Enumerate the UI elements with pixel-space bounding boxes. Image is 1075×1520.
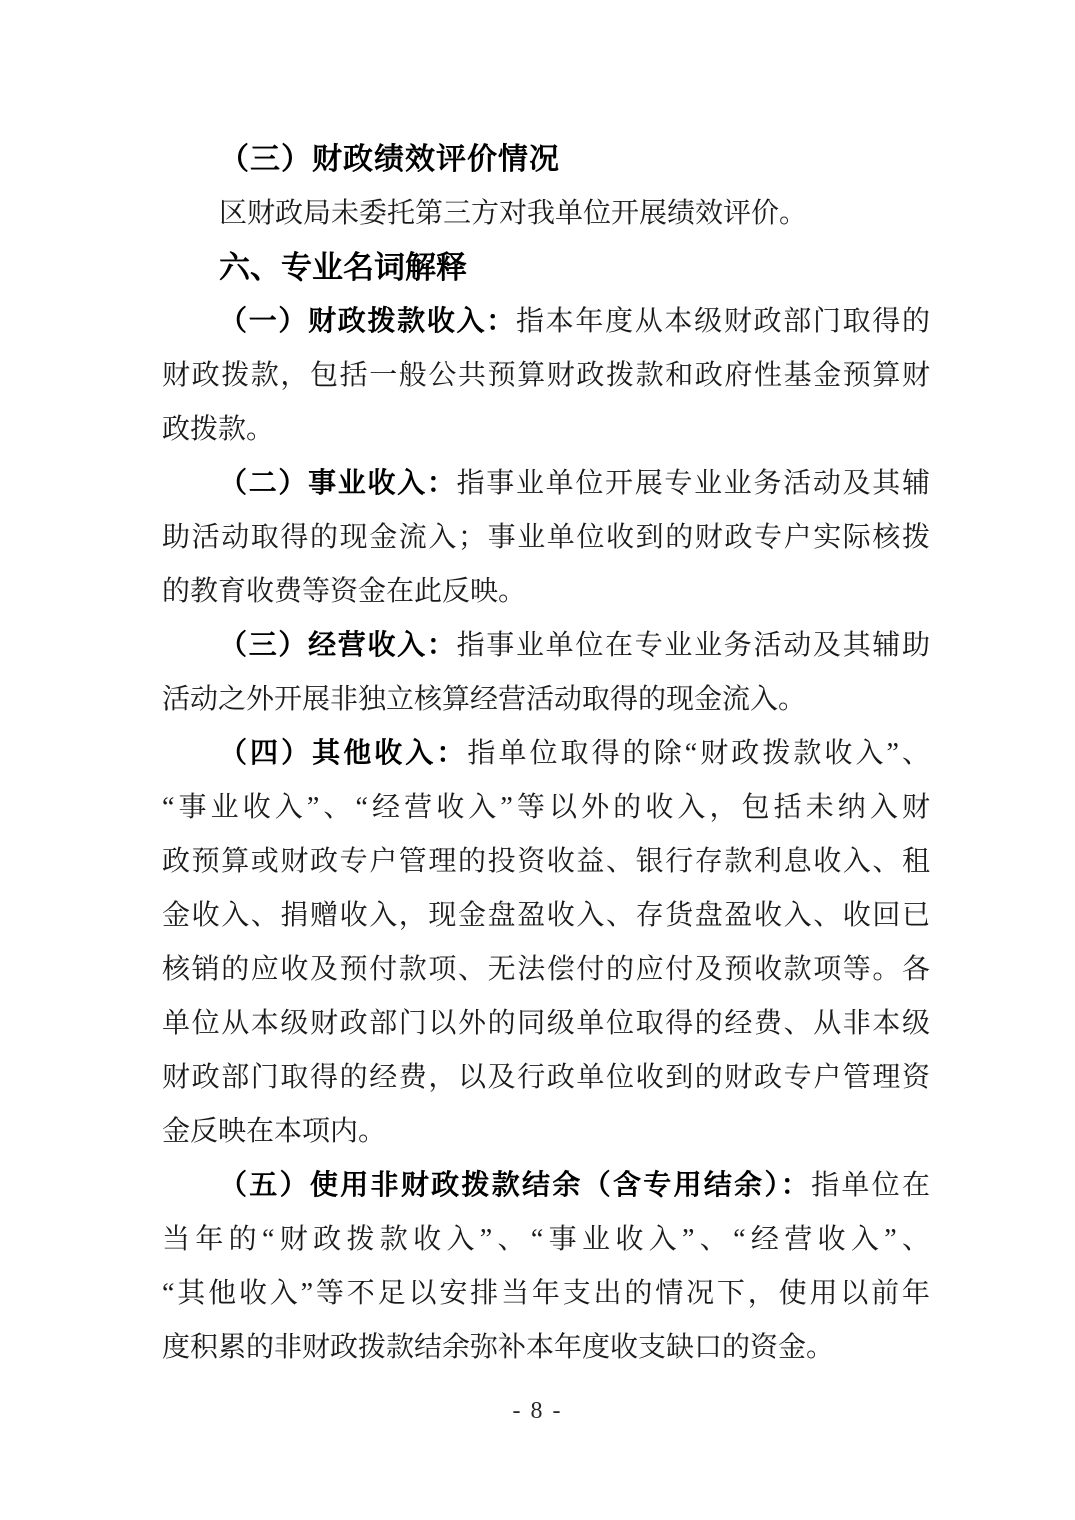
term-line: “其他收入”等不足以安排当年支出的情况下，使用以前年 bbox=[162, 1267, 930, 1321]
term-line: 活动之外开展非独立核算经营活动取得的现金流入。 bbox=[162, 673, 930, 727]
term-line: 当年的“财政拨款收入”、“事业收入”、“经营收入”、 bbox=[162, 1213, 930, 1267]
subsection-heading-performance-evaluation: （三）财政绩效评价情况 bbox=[162, 133, 930, 187]
term-line: 财政拨款，包括一般公共预算财政拨款和政府性基金预算财 bbox=[162, 349, 930, 403]
term-definition: 指单位取得的除“财政拨款收入”、 bbox=[467, 738, 930, 769]
term-line: 金收入、捐赠收入，现金盘盈收入、存货盘盈收入、收回已 bbox=[162, 889, 930, 943]
term-title: （四）其他收入： bbox=[219, 738, 467, 769]
term-line-operating-income: （二）事业收入：指事业单位开展专业业务活动及其辅 bbox=[162, 457, 930, 511]
section-heading-terminology: 六、专业名词解释 bbox=[162, 241, 930, 295]
term-line: 单位从本级财政部门以外的同级单位取得的经费、从非本级 bbox=[162, 997, 930, 1051]
term-definition: 指单位在 bbox=[811, 1170, 930, 1201]
term-line: 的教育收费等资金在此反映。 bbox=[162, 565, 930, 619]
document-text-column: （三）财政绩效评价情况 区财政局未委托第三方对我单位开展绩效评价。 六、专业名词… bbox=[162, 133, 930, 1375]
term-line: 政拨款。 bbox=[162, 403, 930, 457]
term-line: 助活动取得的现金流入；事业单位收到的财政专户实际核拨 bbox=[162, 511, 930, 565]
term-title: （五）使用非财政拨款结余（含专用结余）： bbox=[219, 1170, 811, 1201]
term-line-other-income: （四）其他收入：指单位取得的除“财政拨款收入”、 bbox=[162, 727, 930, 781]
paragraph-performance-evaluation: 区财政局未委托第三方对我单位开展绩效评价。 bbox=[162, 187, 930, 241]
document-page: （三）财政绩效评价情况 区财政局未委托第三方对我单位开展绩效评价。 六、专业名词… bbox=[0, 0, 1075, 1520]
term-line: 金反映在本项内。 bbox=[162, 1105, 930, 1159]
term-line-business-income: （三）经营收入：指事业单位在专业业务活动及其辅助 bbox=[162, 619, 930, 673]
term-line: “事业收入”、“经营收入”等以外的收入，包括未纳入财 bbox=[162, 781, 930, 835]
term-line: 政预算或财政专户管理的投资收益、银行存款利息收入、租 bbox=[162, 835, 930, 889]
term-title: （一）财政拨款收入： bbox=[219, 306, 516, 337]
page-number: - 8 - bbox=[0, 1393, 1075, 1429]
term-line-non-fiscal-surplus: （五）使用非财政拨款结余（含专用结余）：指单位在 bbox=[162, 1159, 930, 1213]
term-definition: 指事业单位在专业业务活动及其辅助 bbox=[457, 630, 930, 661]
term-line: 度积累的非财政拨款结余弥补本年度收支缺口的资金。 bbox=[162, 1321, 930, 1375]
term-title: （二）事业收入： bbox=[219, 468, 457, 499]
term-definition: 指本年度从本级财政部门取得的 bbox=[516, 306, 930, 337]
term-definition: 指事业单位开展专业业务活动及其辅 bbox=[457, 468, 930, 499]
term-line: 财政部门取得的经费，以及行政单位收到的财政专户管理资 bbox=[162, 1051, 930, 1105]
term-title: （三）经营收入： bbox=[219, 630, 457, 661]
term-line-fiscal-appropriation-income: （一）财政拨款收入：指本年度从本级财政部门取得的 bbox=[162, 295, 930, 349]
term-line: 核销的应收及预付款项、无法偿付的应付及预收款项等。各 bbox=[162, 943, 930, 997]
